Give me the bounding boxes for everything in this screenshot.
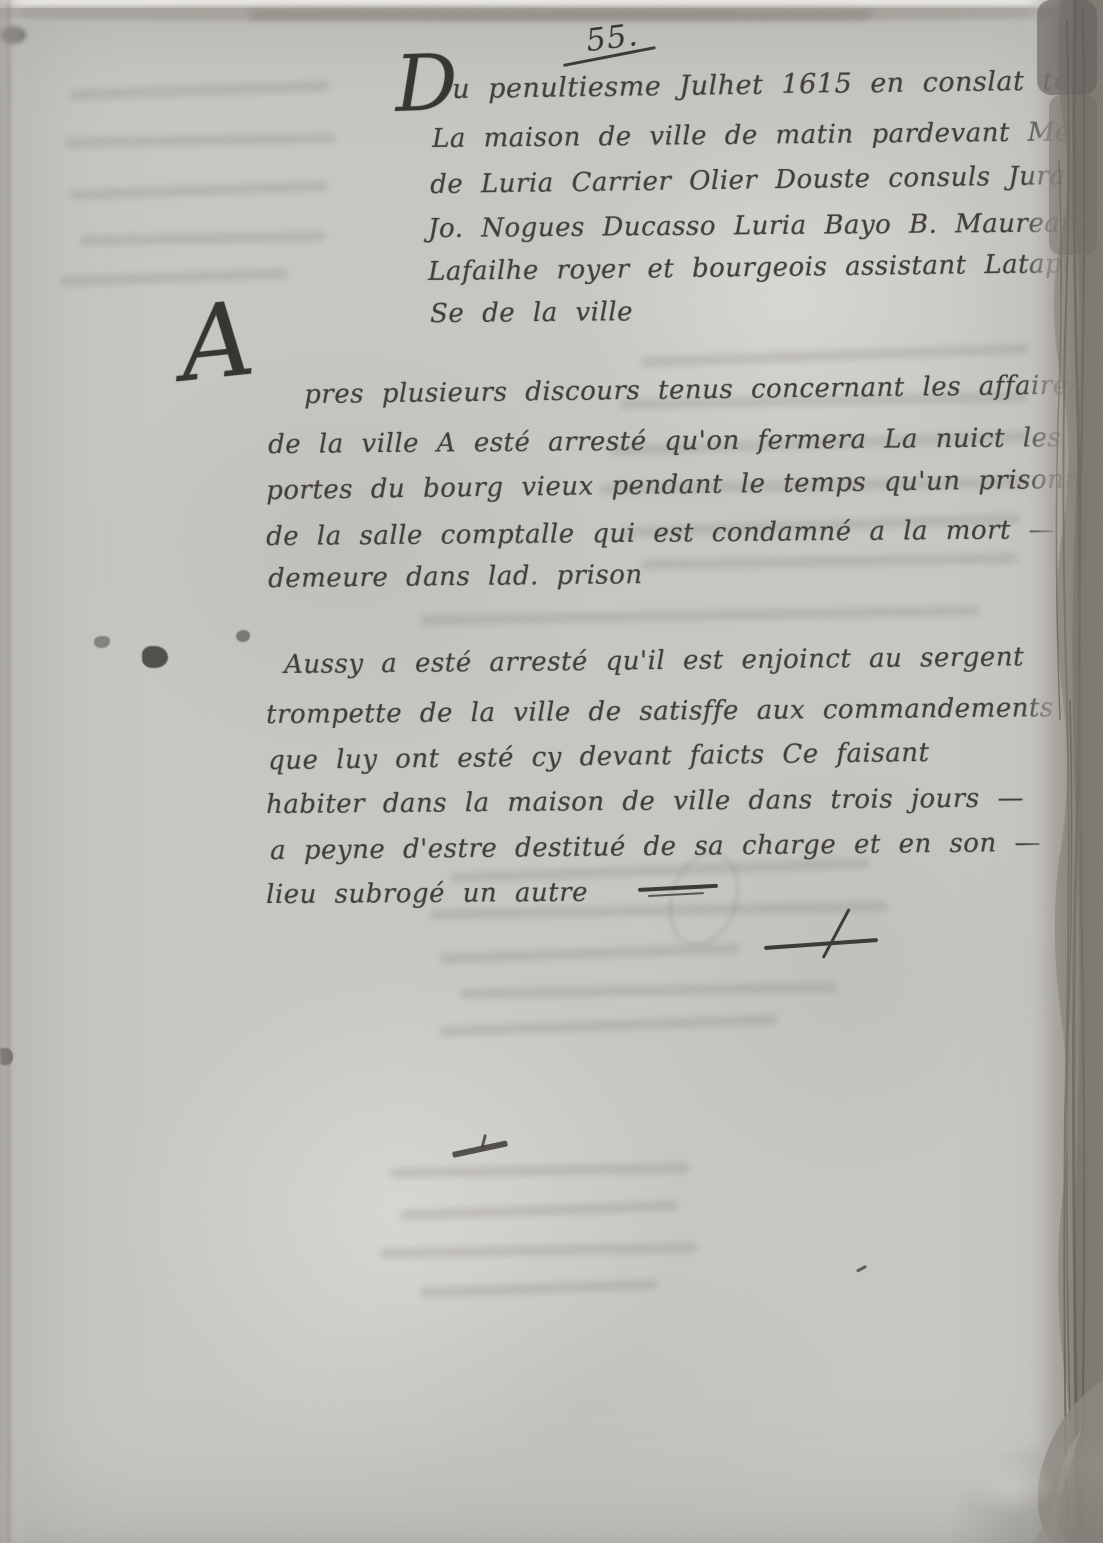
bleedthrough-mark xyxy=(64,133,336,149)
page-left-edge xyxy=(7,0,10,1543)
initial-capital-a: A xyxy=(176,298,258,387)
manuscript-page: 55. D u penultiesme Julhet 1615 en consl… xyxy=(0,0,1103,1543)
bleedthrough-mark xyxy=(440,1014,778,1037)
bleedthrough-mark xyxy=(80,231,326,246)
bleedthrough-mark xyxy=(460,982,838,1000)
bleedthrough-mark xyxy=(640,553,1018,571)
paper-mottle xyxy=(300,1250,860,1543)
manuscript-line: Lafailhe royer et bourgeois assistant La… xyxy=(428,249,1087,287)
page-top-edge xyxy=(250,10,870,20)
manuscript-line: que luy ont esté cy devant faicts Ce fai… xyxy=(268,738,930,776)
bleedthrough-mark xyxy=(400,1200,678,1221)
manuscript-line: de Luria Carrier Olier Douste consuls Ju… xyxy=(430,160,1103,200)
paper-mottle xyxy=(640,760,1060,1180)
manuscript-line: a peyne d'estre destitué de sa charge et… xyxy=(270,828,1041,866)
page-top-edge xyxy=(0,6,1103,21)
manuscript-line: u penultiesme Julhet 1615 en conslat ten… xyxy=(452,64,1103,105)
margin-ink-mark xyxy=(0,1048,13,1065)
pen-dash-mark xyxy=(452,1140,508,1158)
manuscript-line: Aussy a esté arresté qu'il est enjoinct … xyxy=(284,642,1024,680)
paper-mottle xyxy=(120,950,680,1470)
manuscript-line: habiter dans la maison de ville dans tro… xyxy=(266,783,1024,820)
cross-mark xyxy=(822,908,851,959)
bleedthrough-mark xyxy=(420,1279,658,1298)
page-left-edge xyxy=(0,0,28,1543)
page-top-edge xyxy=(0,0,1103,8)
corner-smudge xyxy=(0,26,26,44)
closing-flourish xyxy=(638,884,718,892)
bleedthrough-mark xyxy=(420,605,980,626)
corner-curl-highlight xyxy=(965,1455,1055,1515)
bleedthrough-mark xyxy=(640,343,1030,368)
ink-blot xyxy=(94,636,110,648)
manuscript-line: de la ville A esté arresté qu'on fermera… xyxy=(268,423,1061,460)
ink-blot xyxy=(142,646,168,668)
bleedthrough-mark xyxy=(390,1162,690,1178)
manuscript-line: Se de la ville xyxy=(430,297,633,329)
corner-curl-shadow xyxy=(950,1440,1103,1543)
ink-blot xyxy=(236,630,250,642)
pen-tick-mark xyxy=(856,1265,867,1273)
manuscript-line: lieu subrogé un autre xyxy=(266,878,588,910)
bleedthrough-mark xyxy=(380,1242,698,1259)
manuscript-line: Jo. Nogues Ducasso Luria Bayo B. Maurean… xyxy=(428,208,1103,244)
bleedthrough-mark xyxy=(60,268,288,287)
manuscript-line: portes du bourg vieux pendant le temps q… xyxy=(266,464,1103,506)
bleedthrough-mark xyxy=(70,181,328,201)
pen-tick-mark xyxy=(481,1134,487,1148)
folio-number: 55. xyxy=(584,17,640,59)
cross-mark xyxy=(764,938,878,950)
manuscript-line: La maison de ville de matin pardevant Me… xyxy=(432,117,1103,154)
manuscript-line: demeure dans lad. prison xyxy=(268,560,643,594)
manuscript-line: de la salle comptalle qui est condamné a… xyxy=(266,515,1055,552)
manuscript-line: pres plusieurs discours tenus concernant… xyxy=(304,370,1083,410)
bleedthrough-mark xyxy=(440,943,740,964)
bleedthrough-mark xyxy=(70,80,330,100)
closing-flourish xyxy=(648,892,704,897)
manuscript-line: trompette de la ville de satisffe aux co… xyxy=(266,693,1054,730)
initial-capital-d: D xyxy=(394,52,459,117)
